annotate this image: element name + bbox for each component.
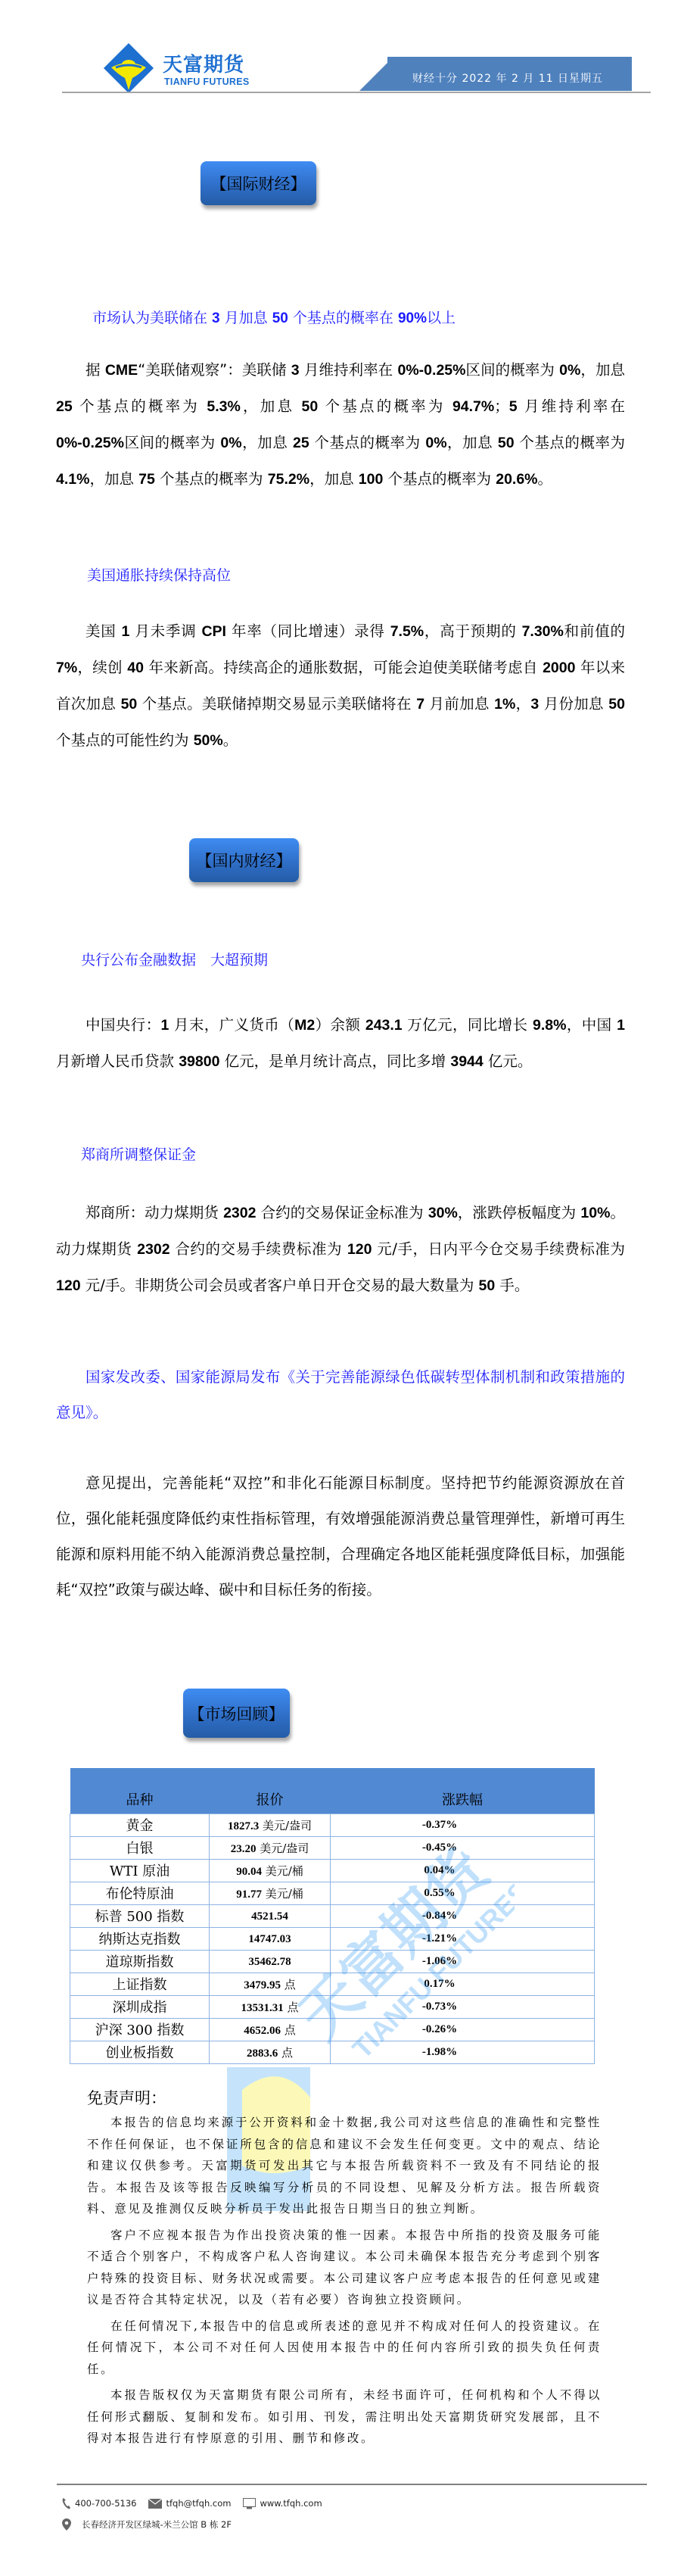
date-banner: 财经十分 2022 年 2 月 11 日星期五 xyxy=(359,57,632,91)
column-header-change: 涨跌幅 xyxy=(331,1768,595,1813)
headline-fed-hike: 市场认为美联储在 3 月加息 50 个基点的概率在 90%以上 xyxy=(92,307,456,327)
instrument-change: -1.06% xyxy=(331,1950,595,1973)
instrument-price: 1827.3 美元/盎司 xyxy=(210,1813,331,1836)
instrument-price: 23.20 美元/盎司 xyxy=(210,1836,331,1859)
table-row: 上证指数3479.95 点0.17% xyxy=(70,1973,595,1995)
column-header-instrument: 品种 xyxy=(70,1768,210,1813)
headline-pboc-data: 央行公布金融数据 大超预期 xyxy=(81,949,268,969)
instrument-name: WTI 原油 xyxy=(70,1859,210,1882)
headline-us-inflation: 美国通胀持续保持高位 xyxy=(87,564,231,585)
instrument-price: 91.77 美元/桶 xyxy=(210,1882,331,1904)
instrument-change: -0.26% xyxy=(331,2018,595,2041)
section-button-international: 【国际财经】 xyxy=(201,161,316,205)
company-logo: 天富期货 TIANFU FUTURES xyxy=(102,42,269,95)
instrument-change: -0.45% xyxy=(331,1836,595,1859)
table-row: 创业板指数2883.6 点-1.98% xyxy=(70,2041,595,2063)
instrument-price: 2883.6 点 xyxy=(210,2041,331,2063)
monitor-icon xyxy=(243,2498,256,2509)
instrument-price: 90.04 美元/桶 xyxy=(210,1859,331,1882)
disclaimer-paragraph: 本报告版权仅为天富期货有限公司所有，未经书面许可，任何机构和个人不得以任何形式翻… xyxy=(87,2384,602,2450)
instrument-name: 道琼斯指数 xyxy=(70,1950,210,1973)
instrument-change: -0.73% xyxy=(331,1995,595,2018)
table-row: 纳斯达克指数14747.03-1.21% xyxy=(70,1927,595,1950)
disclaimer-title: 免责声明： xyxy=(87,2086,602,2109)
paragraph-fed-watch: 据 CME“美联储观察”：美联储 3 月维持利率在 0%-0.25%区间的概率为… xyxy=(56,352,625,497)
table-row: 白银23.20 美元/盎司-0.45% xyxy=(70,1836,595,1859)
instrument-price: 13531.31 点 xyxy=(210,1995,331,2018)
logo-english-name: TIANFU FUTURES xyxy=(164,76,250,87)
instrument-name: 深圳成指 xyxy=(70,1995,210,2018)
market-quotes-table: 品种 报价 涨跌幅 黄金1827.3 美元/盎司-0.37% 白银23.20 美… xyxy=(70,1768,595,2064)
footer-address: 长春经济开发区绿城-米兰公馆 B 栋 2F xyxy=(62,2518,244,2531)
table-row: 黄金1827.3 美元/盎司-0.37% xyxy=(70,1813,595,1836)
footer-email[interactable]: tfqh@tfqh.com xyxy=(148,2498,231,2509)
market-table-container: 品种 报价 涨跌幅 黄金1827.3 美元/盎司-0.37% 白银23.20 美… xyxy=(70,1768,595,2064)
footer-website[interactable]: www.tfqh.com xyxy=(243,2498,322,2509)
footer-divider xyxy=(57,2484,647,2485)
phone-icon xyxy=(62,2497,71,2509)
instrument-change: -0.84% xyxy=(331,1904,595,1927)
paragraph-czce-thermal-coal: 郑商所：动力煤期货 2302 合约的交易保证金标准为 30%，涨跌停板幅度为 1… xyxy=(56,1195,625,1304)
disclaimer-paragraph: 客户不应视本报告为作出投资决策的惟一因素。本报告中所指的投资及服务可能不适合个别… xyxy=(87,2225,602,2311)
instrument-name: 布伦特原油 xyxy=(70,1882,210,1904)
instrument-change: -1.21% xyxy=(331,1927,595,1950)
instrument-change: -0.37% xyxy=(331,1813,595,1836)
headline-czce-margin: 郑商所调整保证金 xyxy=(81,1143,196,1164)
instrument-name: 白银 xyxy=(70,1836,210,1859)
disclaimer-paragraph: 在任何情况下,本报告中的信息或所表述的意见并不构成对任何人的投资建议。在任何情况… xyxy=(87,2316,602,2381)
paragraph-pboc-m2: 中国央行：1 月末，广义货币（M2）余额 243.1 万亿元，同比增长 9.8%… xyxy=(56,1007,625,1080)
logo-diamond-icon xyxy=(102,42,155,95)
instrument-name: 标普 500 指数 xyxy=(70,1904,210,1927)
header-divider xyxy=(62,92,651,93)
instrument-price: 4652.06 点 xyxy=(210,2018,331,2041)
report-header: 天富期货 TIANFU FUTURES 财经十分 2022 年 2 月 11 日… xyxy=(0,0,681,98)
section-button-domestic: 【国内财经】 xyxy=(189,838,299,882)
instrument-name: 沪深 300 指数 xyxy=(70,2018,210,2041)
footer-address-item: 长春经济开发区绿城-米兰公馆 B 栋 2F xyxy=(62,2518,232,2531)
instrument-price: 4521.54 xyxy=(210,1904,331,1927)
mail-icon xyxy=(148,2499,162,2509)
instrument-price: 14747.03 xyxy=(210,1927,331,1950)
section-button-market-review: 【市场回顾】 xyxy=(183,1689,290,1738)
column-header-price: 报价 xyxy=(210,1768,331,1813)
instrument-price: 35462.78 xyxy=(210,1950,331,1973)
disclaimer-paragraph: 本报告的信息均来源于公开资料和金十数据,我公司对这些信息的准确性和完整性不作任何… xyxy=(87,2112,602,2220)
paragraph-us-cpi: 美国 1 月未季调 CPI 年率（同比增速）录得 7.5%，高于预期的 7.30… xyxy=(56,613,625,759)
location-pin-icon xyxy=(62,2518,71,2531)
table-row: WTI 原油90.04 美元/桶0.04% xyxy=(70,1859,595,1882)
instrument-change: 0.17% xyxy=(331,1973,595,1995)
footer-phone: 400-700-5136 xyxy=(62,2497,136,2509)
instrument-name: 创业板指数 xyxy=(70,2041,210,2063)
table-row: 道琼斯指数35462.78-1.06% xyxy=(70,1950,595,1973)
table-row: 沪深 300 指数4652.06 点-0.26% xyxy=(70,2018,595,2041)
table-row: 标普 500 指数4521.54-0.84% xyxy=(70,1904,595,1927)
instrument-change: -1.98% xyxy=(331,2041,595,2063)
instrument-name: 纳斯达克指数 xyxy=(70,1927,210,1950)
instrument-price: 3479.95 点 xyxy=(210,1973,331,1995)
footer-contacts: 400-700-5136 tfqh@tfqh.com www.tfqh.com xyxy=(62,2497,334,2509)
instrument-change: 0.55% xyxy=(331,1882,595,1904)
instrument-change: 0.04% xyxy=(331,1859,595,1882)
instrument-name: 黄金 xyxy=(70,1813,210,1836)
logo-chinese-name: 天富期货 xyxy=(163,49,244,77)
report-date: 财经十分 2022 年 2 月 11 日星期五 xyxy=(412,70,603,86)
table-header-row: 品种 报价 涨跌幅 xyxy=(70,1768,595,1813)
paragraph-energy-dual-control: 意见提出，完善能耗“双控”和非化石能源目标制度。坚持把节约能源资源放在首位，强化… xyxy=(56,1465,625,1608)
table-row: 布伦特原油91.77 美元/桶0.55% xyxy=(70,1882,595,1904)
table-row: 深圳成指13531.31 点-0.73% xyxy=(70,1995,595,2018)
headline-ndrc-energy-policy: 国家发改委、国家能源局发布《关于完善能源绿色低碳转型体制机制和政策措施的意见》。 xyxy=(56,1359,625,1430)
instrument-name: 上证指数 xyxy=(70,1973,210,1995)
disclaimer-section: 免责声明： 本报告的信息均来源于公开资料和金十数据,我公司对这些信息的准确性和完… xyxy=(87,2086,602,2450)
